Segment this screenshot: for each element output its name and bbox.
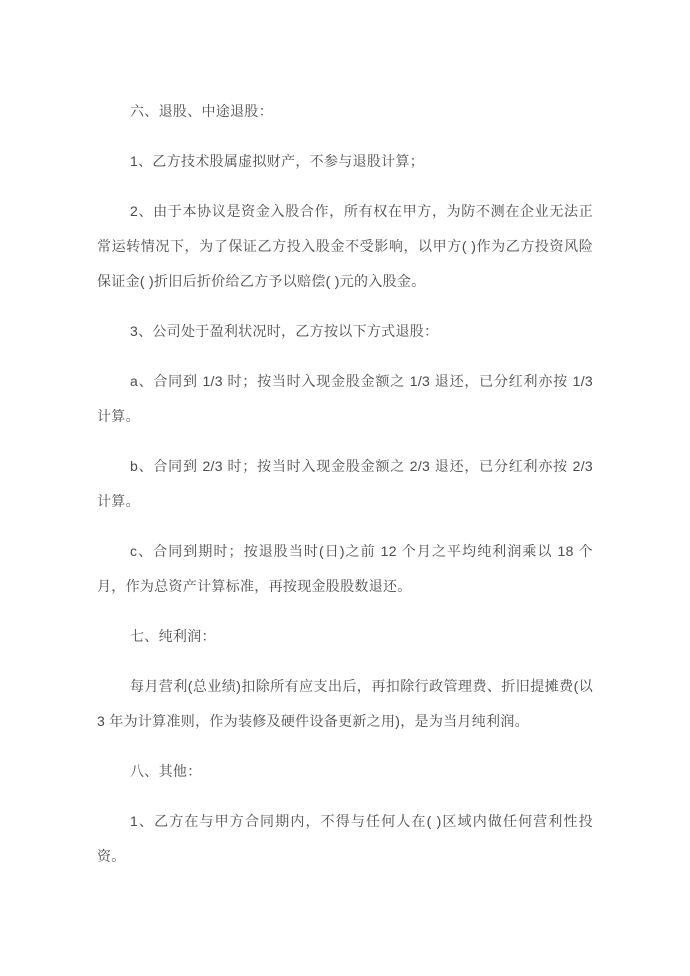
clause-7-body: 每月营利(总业绩)扣除所有应支出后，再扣除行政管理费、折旧提摊费(以 3 年为计… bbox=[97, 669, 593, 739]
clause-6-3-c: c、合同到期时；按退股当时(日)之前 12 个月之平均纯利润乘以 18 个月，作… bbox=[97, 534, 593, 604]
section-heading-8: 八、其他： bbox=[97, 754, 593, 789]
section-heading-7: 七、纯利润： bbox=[97, 619, 593, 654]
section-heading-6: 六、退股、中途退股： bbox=[97, 94, 593, 129]
clause-6-3-b: b、合同到 2/3 时；按当时入现金股金额之 2/3 退还，已分红利亦按 2/3… bbox=[97, 449, 593, 519]
clause-6-3-a: a、合同到 1/3 时；按当时入现金股金额之 1/3 退还，已分红利亦按 1/3… bbox=[97, 364, 593, 434]
clause-8-1: 1、乙方在与甲方合同期内，不得与任何人在( )区域内做任何营利性投资。 bbox=[97, 804, 593, 874]
document-page: 六、退股、中途退股： 1、乙方技术股属虚拟财产，不参与退股计算； 2、由于本协议… bbox=[0, 0, 690, 976]
clause-6-2: 2、由于本协议是资金入股合作，所有权在甲方，为防不测在企业无法正常运转情况下，为… bbox=[97, 194, 593, 299]
clause-6-1: 1、乙方技术股属虚拟财产，不参与退股计算； bbox=[97, 144, 593, 179]
clause-6-3: 3、公司处于盈利状况时，乙方按以下方式退股： bbox=[97, 314, 593, 349]
